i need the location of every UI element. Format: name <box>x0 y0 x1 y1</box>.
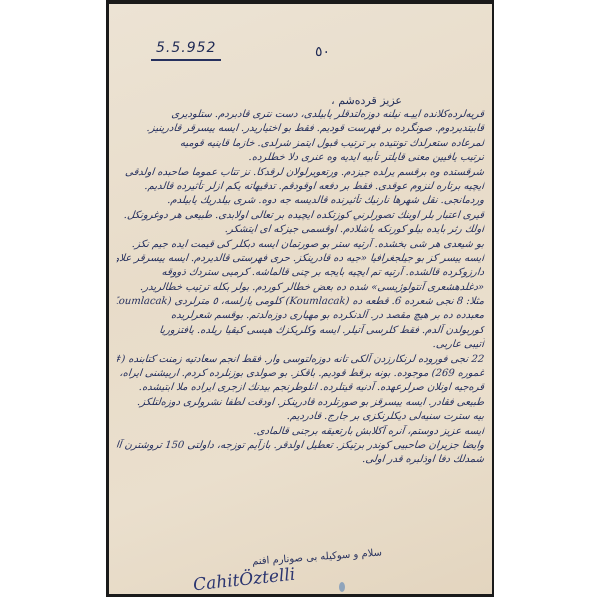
letter-line: شمدلك دفا اوذلبره قدر اولى. <box>116 453 485 467</box>
letter-date: 5.5.952 <box>156 40 216 56</box>
letter-line: دارزوكرده قالشده. آرتيه تم ايچيه بايجه ب… <box>116 266 485 280</box>
letter-line: ايسه‌ ييسر كز بو جيلجغرافيا «جيه ده قادر… <box>116 252 485 266</box>
letter-line: بيه‌ سترت سنيه‌لى ديكلرنكزى بر جارج. قاد… <box>116 410 485 424</box>
page-number: ٥٠ <box>315 44 330 60</box>
letter-line: مثلا: 8 نجى شعرده 6. قطعه ده (Koumlacak)… <box>116 295 485 309</box>
letter-line: «دغلدهشعرى آنتولوژيسى» شده ده بعض خطالر … <box>116 281 485 295</box>
letter-line: شرقستده وه برقسم يرلده جيزدم. ورتعويرلول… <box>116 166 485 180</box>
ink-blot <box>339 582 345 592</box>
signature: CahitÖztelli <box>192 565 296 594</box>
letter-line: كوربولدن آلدم. فقط كلرسى آتيلر. ايسه‌ وك… <box>116 324 485 338</box>
letter-line: معبدده ده بر هيچ مقصد در. آلدنكرده بو مه… <box>116 309 485 323</box>
letter-line: وردمانجى. نقل شهرها نارنيك تأثيرنده قالد… <box>116 194 485 208</box>
salutation: عزيز قرده‌شم ، <box>331 94 402 107</box>
letter-body: قريه‌لرده‌كلانده اييـه نيلنه‌ دوزه‌لتدقل… <box>117 108 484 468</box>
letter-line: قريه‌لرده‌كلانده اييـه نيلنه‌ دوزه‌لتدقل… <box>116 108 485 122</box>
letter-line: 22 نجى فوروده لرنكارزدن آلكى تانه‌ دوزه‌… <box>116 353 485 367</box>
letter-line: اولك رثر بايده بيلو كورنكه باشلادم. اوقس… <box>116 223 485 237</box>
scanned-letter: 5.5.952 ٥٠ عزيز قرده‌شم ، قريه‌لرده‌كلان… <box>106 0 494 597</box>
letter-line: وايضا جزيران صاحبيى كوندر برتيكز. تعطيل … <box>116 439 485 453</box>
letter-line: بو شيعدى هر شى بخشده. آرتيه ستر بو صورتم… <box>116 238 485 252</box>
paper-sheet: 5.5.952 ٥٠ عزيز قرده‌شم ، قريه‌لرده‌كلان… <box>109 4 492 594</box>
letter-line: لمرعاده‌ ستعرلدك تونتيده بر ترتيب قبول ا… <box>116 137 485 151</box>
letter-line: ايچيه برتاره لنزوم عوقدى. فقط بر دفعه او… <box>116 180 485 194</box>
closing-line: سلام و سوكيله‌ بى صونارم افنم <box>252 547 383 567</box>
letter-line: غموره 269) موجوده. بونه برقط قوديم. باقك… <box>116 367 485 381</box>
letter-line: آتيبى عاربى. <box>116 338 485 352</box>
letter-line: قابيتديردوم. صونگرده بر فهرست قوديم. فقط… <box>116 122 485 136</box>
date-underline <box>151 59 221 61</box>
letter-line: ترتيب يافيين معنى قايلتر تأبيه‌ ايديه‌ و… <box>116 151 485 165</box>
letter-line: طبيعى فقادر. ايسه‌ ييسرقز بو صورتلرده قا… <box>116 396 485 410</box>
letter-line: قيرى اعتبار بلر اوبنك تصورلرني كوزتكده ا… <box>116 209 485 223</box>
letter-line: قره‌جيه اونلان صرلرعهده. آدنيه قيتلرده. … <box>116 381 485 395</box>
letter-line: ايسه‌ عزيز دوستم، آنره آكلابش بارتعيقه ب… <box>116 425 485 439</box>
